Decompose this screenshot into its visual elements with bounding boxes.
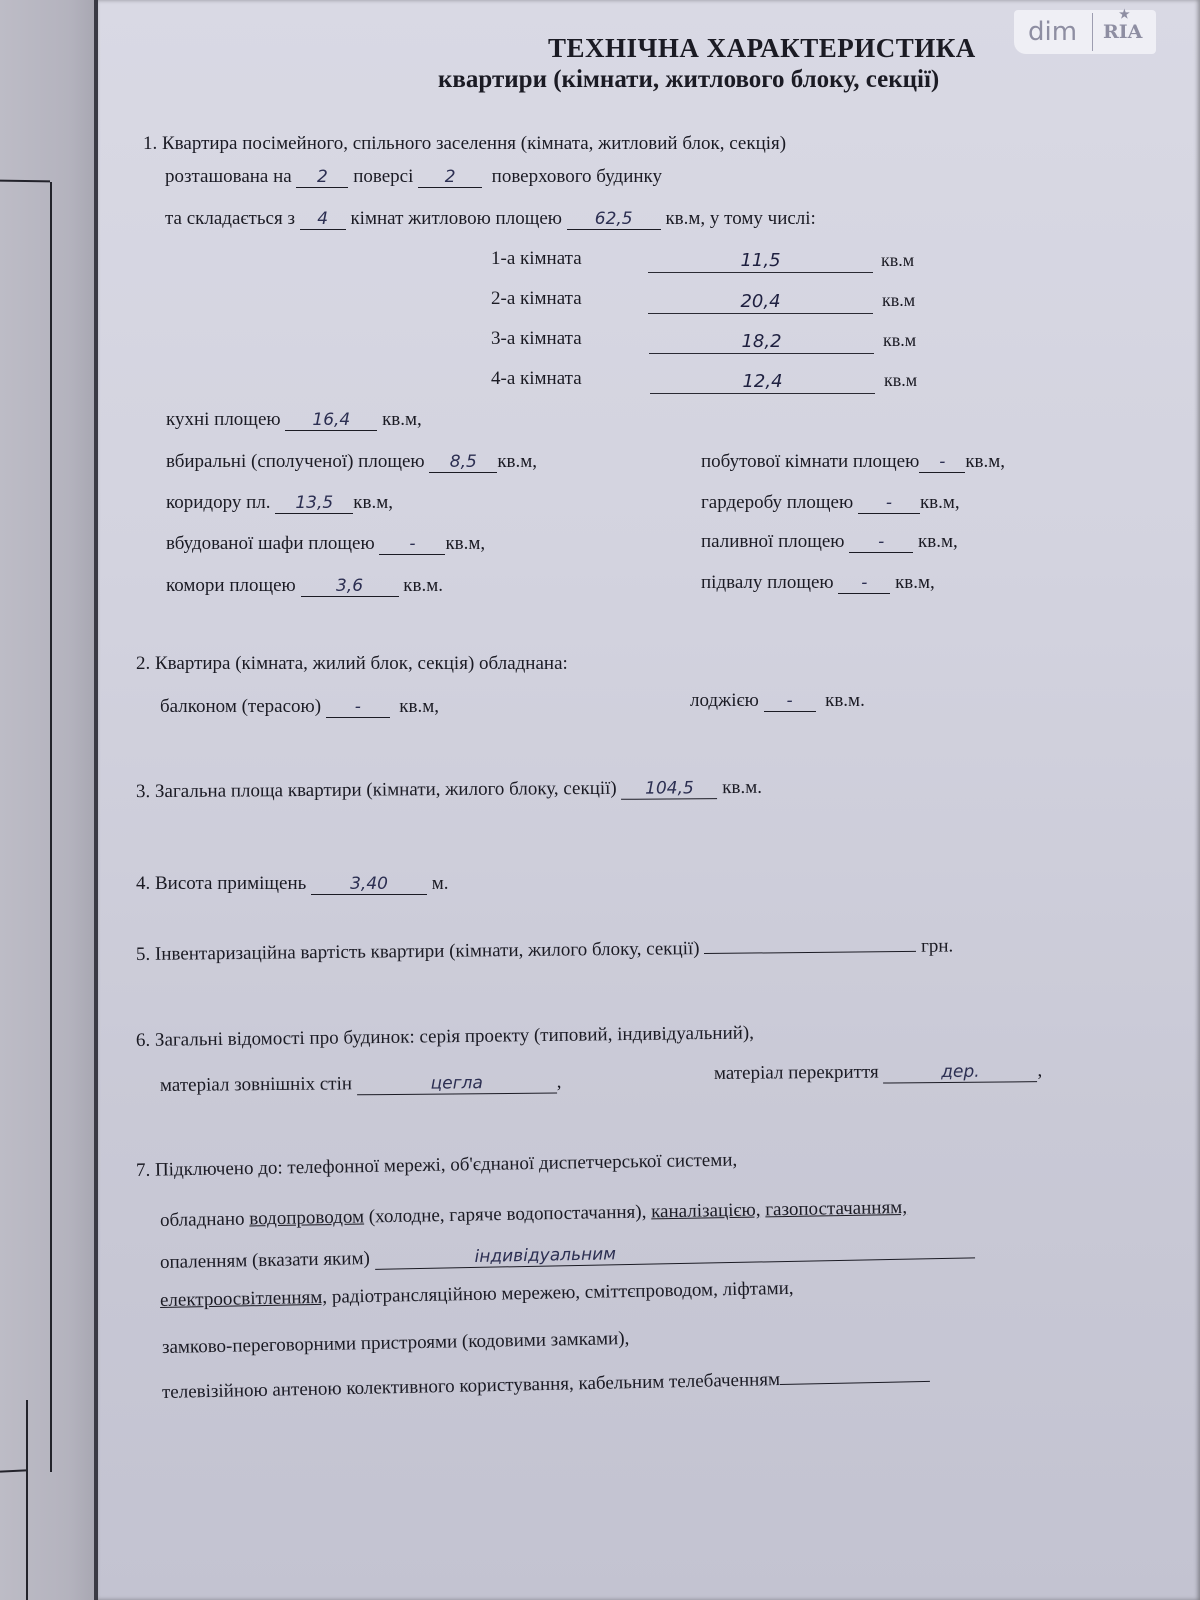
walls-material-line: матеріал зовнішніх стін цегла,: [160, 1071, 562, 1097]
watermark-dim: dim: [1014, 17, 1092, 47]
bathroom-value: 8,5: [429, 452, 497, 473]
ceiling-material-value: дер.: [883, 1061, 1037, 1083]
walls-material-value: цегла: [357, 1073, 557, 1096]
balcony-line: балконом (терасою) - кв.м,: [160, 696, 439, 718]
section7-heading: 7. Підключено до: телефонної мережі, об'…: [136, 1150, 738, 1182]
corridor-value: 13,5: [275, 493, 353, 514]
electric-lighting-underlined: електроосвітленням,: [160, 1287, 327, 1311]
room-4-label: 4-а кімната: [491, 368, 582, 390]
bathroom-line: вбиральні (сполученої) площею 8,5кв.м,: [166, 451, 537, 473]
heating-value: індивідуальним: [374, 1237, 974, 1270]
builtin-closet-line: вбудованої шафи площею -кв.м,: [166, 533, 485, 555]
rooms-line: та складається з 4 кімнат житловою площе…: [165, 208, 816, 230]
storage-line: комори площею 3,6 кв.м.: [166, 575, 443, 597]
utility-room-value: -: [919, 452, 965, 473]
room-3-unit: кв.м: [883, 330, 916, 351]
loggia-line: лоджією - кв.м.: [690, 690, 865, 712]
tv-line: телевізійною антеною колективного корист…: [162, 1366, 931, 1404]
ceiling-material-line: матеріал перекриття дер.,: [714, 1060, 1042, 1085]
wardrobe-line: гардеробу площею -кв.м,: [701, 492, 960, 514]
document-title: ТЕХНІЧНА ХАРАКТЕРИСТИКА: [548, 33, 976, 64]
basement-line: підвалу площею - кв.м,: [701, 572, 935, 594]
room-4-value: 12,4: [650, 371, 875, 394]
utility-room-line: побутової кімнати площею-кв.м,: [701, 451, 1005, 473]
room-1-label: 1-а кімната: [491, 248, 582, 270]
form-border-line: [26, 1400, 28, 1600]
floor-value: 2: [296, 167, 348, 188]
balcony-value: -: [326, 697, 390, 718]
room-2-label: 2-а кімната: [491, 288, 582, 310]
star-icon: ★: [1119, 7, 1130, 21]
room-3-value: 18,2: [649, 331, 874, 354]
inventory-value-line: 5. Інвентаризаційна вартість квартири (к…: [136, 935, 953, 966]
ceiling-height-value: 3,40: [311, 874, 427, 895]
kitchen-value: 16,4: [285, 410, 377, 431]
heating-line: опаленням (вказати яким) індивідуальним: [160, 1236, 975, 1274]
room-4-unit: кв.м: [884, 370, 917, 391]
cable-tv-field: [780, 1381, 930, 1385]
fuel-room-value: -: [849, 532, 913, 553]
wardrobe-value: -: [858, 493, 920, 514]
fuel-room-line: паливної площею - кв.м,: [701, 531, 958, 553]
total-area-value: 104,5: [621, 778, 717, 800]
document-page: ТЕХНІЧНА ХАРАКТЕРИСТИКА квартири (кімнат…: [98, 0, 1200, 1600]
intercom-line: замково-переговорними пристроями (кодови…: [162, 1328, 630, 1359]
section2-heading: 2. Квартира (кімната, жилий блок, секція…: [136, 653, 568, 675]
watermark: dim ★ RIA: [1014, 10, 1156, 54]
living-area-value: 62,5: [567, 209, 661, 230]
room-1-unit: кв.м: [881, 250, 914, 271]
total-area-line: 3. Загальна площа квартири (кімнати, жил…: [136, 777, 762, 803]
section1-heading: 1. Квартира посімейного, спільного засел…: [143, 133, 786, 155]
corridor-line: коридору пл. 13,5кв.м,: [166, 492, 393, 514]
water-supply-underlined: водопроводом: [249, 1206, 364, 1229]
loggia-value: -: [764, 691, 816, 712]
room-3-label: 3-а кімната: [491, 328, 582, 350]
sewerage-underlined: каналізацією,: [651, 1200, 761, 1223]
underlying-sheet: [0, 0, 98, 1600]
room-1-value: 11,5: [648, 250, 873, 273]
room-2-value: 20,4: [648, 291, 873, 314]
form-border-line: [50, 182, 52, 1472]
builtin-closet-value: -: [379, 534, 445, 555]
document-subtitle: квартири (кімнати, житлового блоку, секц…: [438, 66, 939, 94]
ceiling-height-line: 4. Висота приміщень 3,40 м.: [136, 873, 449, 895]
kitchen-line: кухні площею 16,4 кв.м,: [166, 409, 422, 431]
floor-line: розташована на 2 поверсі 2 поверхового б…: [165, 166, 662, 188]
basement-value: -: [838, 573, 890, 594]
gas-supply-underlined: газопостачанням,: [765, 1197, 907, 1220]
rooms-count-value: 4: [300, 209, 346, 230]
form-border-line: [0, 180, 50, 183]
room-2-unit: кв.м: [882, 290, 915, 311]
storage-value: 3,6: [301, 576, 399, 597]
utilities-line: обладнано водопроводом (холодне, гаряче …: [160, 1197, 907, 1232]
watermark-ria: ★ RIA: [1093, 21, 1142, 43]
inventory-value-field: [704, 951, 916, 954]
electricity-line: електроосвітленням, радіотрансляційною м…: [160, 1278, 794, 1312]
floors-total-value: 2: [418, 167, 482, 188]
section6-heading: 6. Загальні відомості про будинок: серія…: [136, 1022, 754, 1052]
form-border-line: [0, 1469, 26, 1472]
